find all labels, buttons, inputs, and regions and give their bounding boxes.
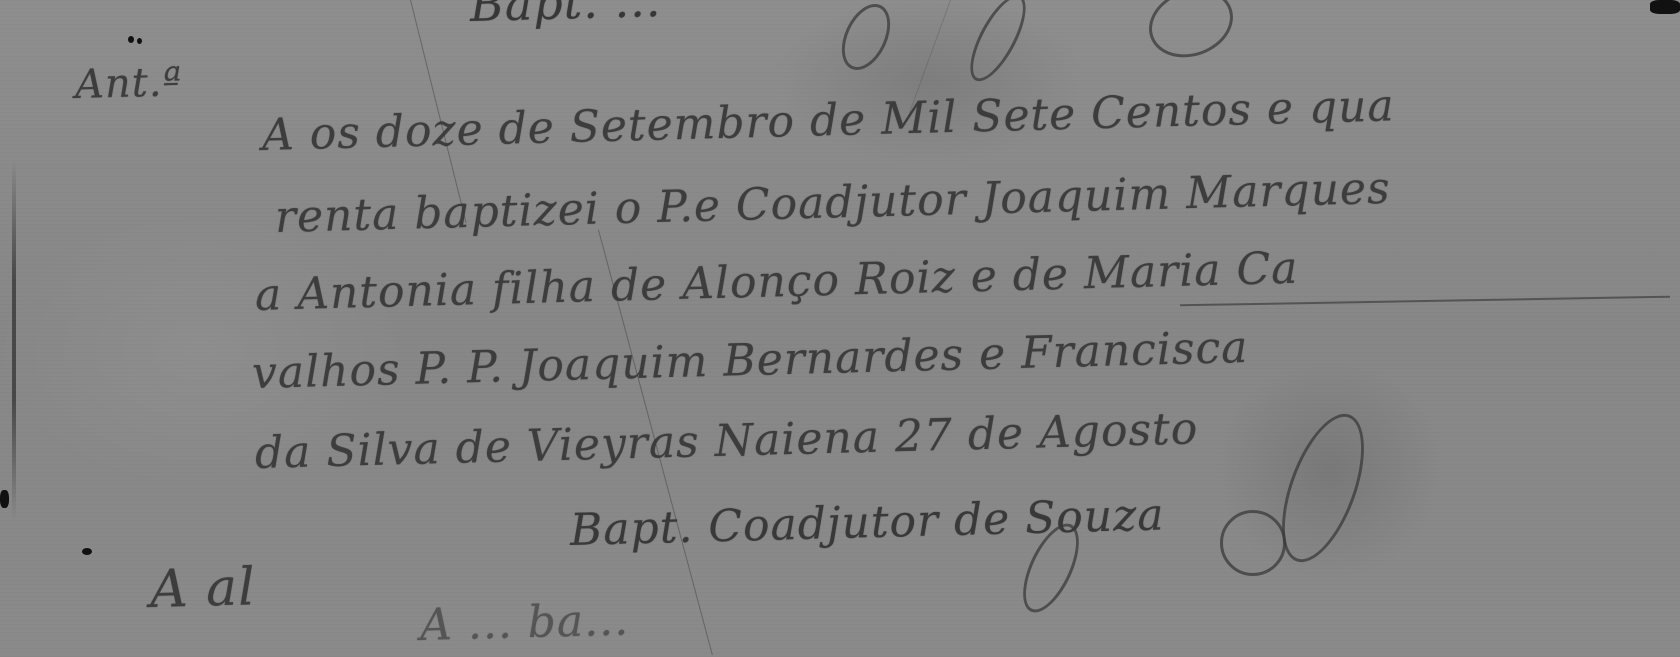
ink-blot — [82, 548, 92, 555]
header-fragment: Bapt. ... — [469, 0, 662, 32]
ink-blot — [1650, 0, 1680, 14]
ink-blot — [128, 36, 134, 43]
ink-blot — [137, 38, 142, 44]
bottom-fragment: A ... ba... — [419, 595, 629, 651]
signature-flourish — [1220, 510, 1286, 576]
page-edge-shadow — [12, 160, 16, 520]
bottom-margin-fragment: A al — [149, 557, 256, 620]
ink-blot — [0, 490, 9, 508]
margin-note: Ant.ª — [74, 59, 183, 108]
